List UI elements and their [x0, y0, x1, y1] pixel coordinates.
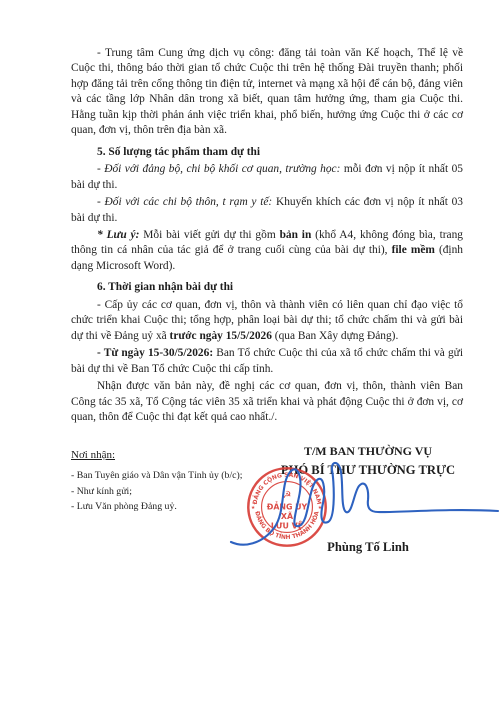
- text-run: bản in: [280, 229, 312, 241]
- text-run: - Đối với các chi bộ thôn, t rạm y tế:: [97, 196, 276, 208]
- signature-ink: [222, 448, 500, 553]
- text-run: trước ngày 15/5/2026: [170, 330, 272, 342]
- section-heading: 6. Thời gian nhận bài dự thi: [71, 280, 463, 295]
- document-body: - Trung tâm Cung ứng dịch vụ công: đăng …: [71, 44, 463, 425]
- paragraph: - Từ ngày 15-30/5/2026: Ban Tổ chức Cuộc…: [71, 346, 463, 377]
- text-run: Nhận được văn bản này, đề nghị các cơ qu…: [71, 380, 463, 423]
- section-heading: 5. Số lượng tác phẩm tham dự thi: [71, 145, 463, 160]
- text-run: Mỗi bài viết gửi dự thi gồm: [143, 229, 279, 241]
- text-run: 5. Số lượng tác phẩm tham dự thi: [97, 146, 260, 158]
- text-run: file mềm: [392, 244, 435, 256]
- paragraph: - Trung tâm Cung ứng dịch vụ công: đăng …: [71, 46, 463, 139]
- paragraph: - Đối với các chi bộ thôn, t rạm y tế: K…: [71, 195, 463, 226]
- text-run: (qua Ban Xây dựng Đảng).: [272, 330, 398, 342]
- text-run: - Đối với đảng bộ, chi bộ khối cơ quan, …: [97, 163, 344, 175]
- paragraph: - Đối với đảng bộ, chi bộ khối cơ quan, …: [71, 162, 463, 193]
- text-run: * Lưu ý:: [97, 229, 143, 241]
- signature-stroke: [231, 463, 498, 545]
- paragraph: Nhận được văn bản này, đề nghị các cơ qu…: [71, 379, 463, 425]
- text-run: - Trung tâm Cung ứng dịch vụ công: đăng …: [71, 47, 463, 136]
- document-page: - Trung tâm Cung ứng dịch vụ công: đăng …: [0, 0, 500, 706]
- text-run: 6. Thời gian nhận bài dự thi: [97, 281, 233, 293]
- paragraph: - Cấp ủy các cơ quan, đơn vị, thôn và th…: [71, 298, 463, 344]
- paragraph: * Lưu ý: Mỗi bài viết gửi dự thi gồm bản…: [71, 228, 463, 274]
- text-run: - Từ ngày 15-30/5/2026:: [97, 347, 216, 359]
